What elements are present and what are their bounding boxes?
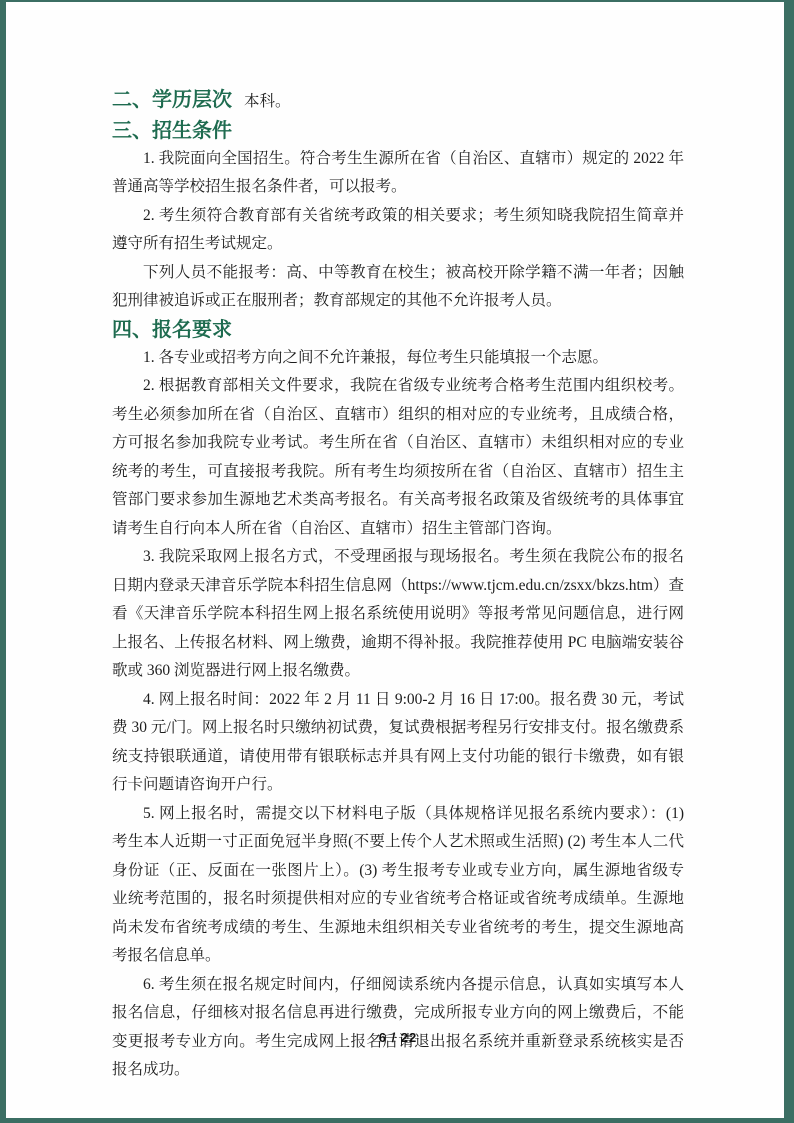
paragraph-admission-2: 2. 考生须符合教育部有关省统考政策的相关要求；考生须知晓我院招生简章并遵守所有…: [112, 202, 684, 259]
paragraph-registration-4: 4. 网上报名时间：2022 年 2 月 11 日 9:00-2 月 16 日 …: [112, 686, 684, 800]
paragraph-registration-3: 3. 我院采取网上报名方式，不受理函报与现场报名。考生须在我院公布的报名日期内登…: [112, 543, 684, 686]
section-heading-degree-level: 二、学历层次: [112, 89, 232, 111]
paragraph-admission-excluded: 下列人员不能报考：高、中等教育在校生；被高校开除学籍不满一年者；因触犯刑律被追诉…: [112, 259, 684, 316]
document-page: 二、学历层次本科。 三、招生条件 1. 我院面向全国招生。符合考生生源所在省（自…: [6, 2, 784, 1118]
paragraph-registration-2: 2. 根据教育部相关文件要求，我院在省级专业统考合格考生范围内组织校考。考生必须…: [112, 372, 684, 543]
page-content: 二、学历层次本科。 三、招生条件 1. 我院面向全国招生。符合考生生源所在省（自…: [6, 2, 784, 1085]
degree-level-value: 本科。: [244, 93, 291, 110]
section-heading-registration-requirements: 四、报名要求: [112, 316, 684, 344]
section-heading-admission-conditions: 三、招生条件: [112, 117, 684, 145]
section-degree-level: 二、学历层次本科。: [112, 86, 684, 117]
paragraph-admission-1: 1. 我院面向全国招生。符合考生生源所在省（自治区、直辖市）规定的 2022 年…: [112, 145, 684, 202]
paragraph-registration-6: 6. 考生须在报名规定时间内，仔细阅读系统内各提示信息，认真如实填写本人报名信息…: [112, 971, 684, 1085]
paragraph-registration-5: 5. 网上报名时，需提交以下材料电子版（具体规格详见报名系统内要求）：(1) 考…: [112, 800, 684, 971]
scan-background: { "theme": { "border-color": "#3b6e63", …: [0, 0, 794, 1123]
page-number: 6 / 22: [112, 1030, 684, 1045]
paragraph-registration-1: 1. 各专业或招考方向之间不允许兼报，每位考生只能填报一个志愿。: [112, 344, 684, 373]
